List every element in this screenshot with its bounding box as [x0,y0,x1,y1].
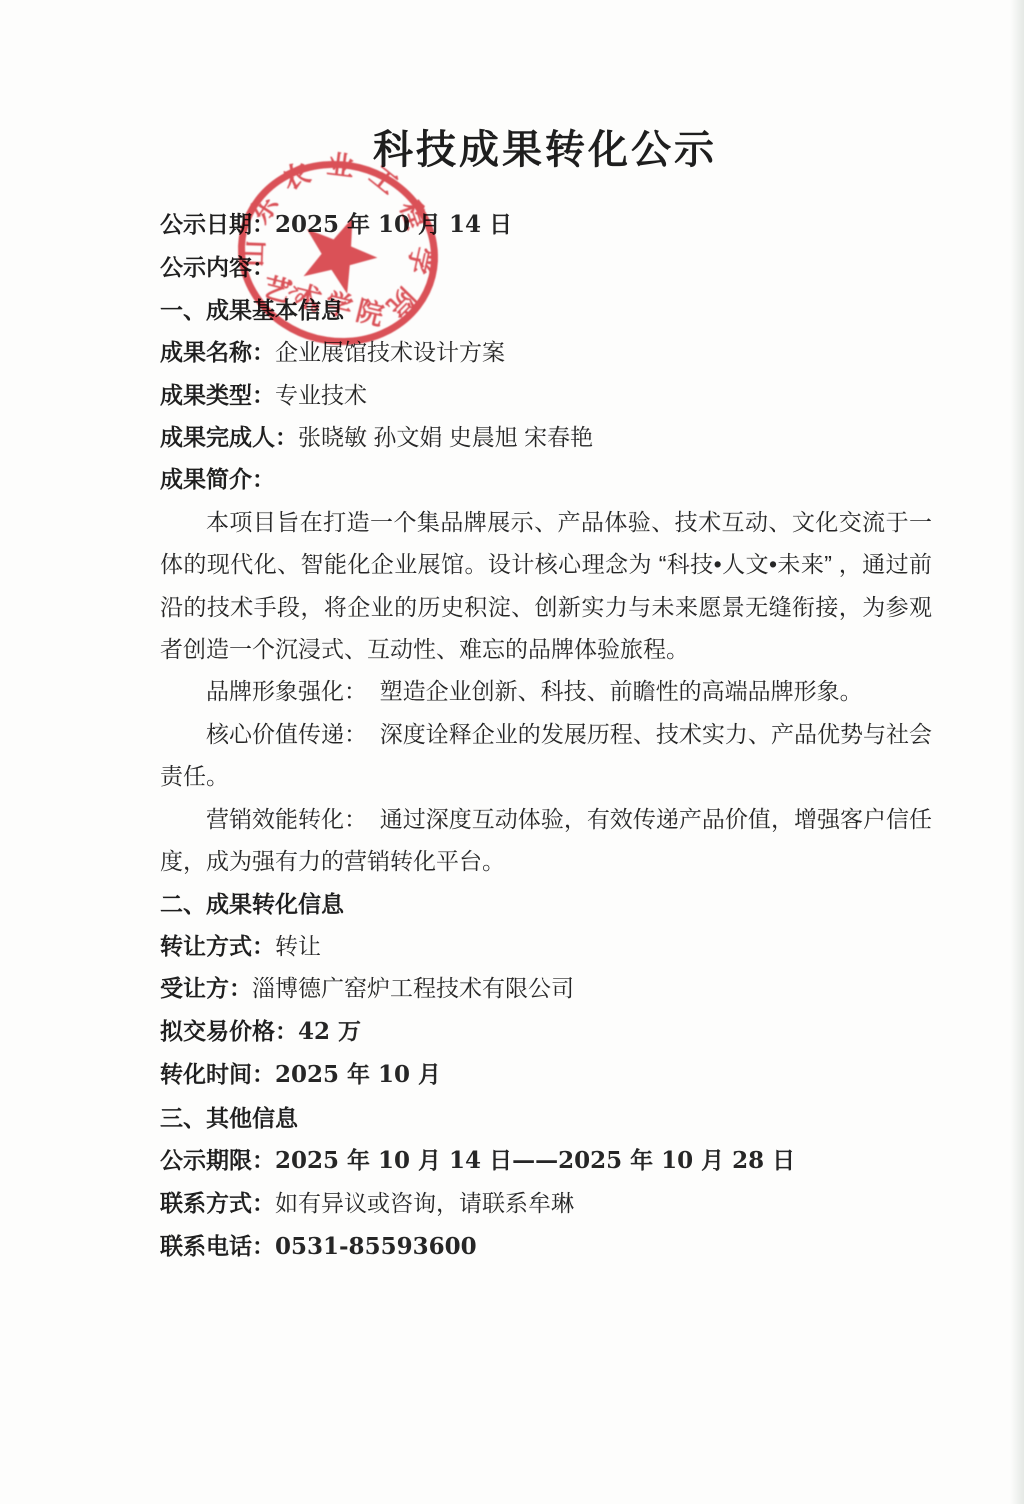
section2-heading: 二、成果转化信息 [160,883,932,925]
contact-label: 联系方式： [160,1190,275,1216]
doc-body: 公示日期：2025 年 10 月 14 日 公示内容： 一、成果基本信息 成果名… [160,203,932,1268]
bullet-value: 核心价值传递：深度诠释企业的发展历程、技术实力、产品优势与社会责任。 [160,713,932,798]
bullet-brand-label: 品牌形象强化： [206,678,367,704]
price-value: 42 万 [298,1018,361,1045]
result-authors-row: 成果完成人：张晓敏 孙文娟 史晨旭 宋春艳 [160,416,932,458]
bullet-marketing: 营销效能转化：通过深度互动体验，有效传递产品价值，增强客户信任度，成为强有力的营… [160,798,932,883]
result-type-label: 成果类型： [160,382,275,408]
doc-title: 科技成果转化公示 [160,118,930,175]
bullet-value-label: 核心价值传递： [206,721,367,747]
contact-value: 如有异议或咨询，请联系牟琳 [275,1190,574,1216]
assignee-value: 淄博德广窑炉工程技术有限公司 [252,975,574,1001]
content-label-row: 公示内容： [160,246,932,288]
assignee-label: 受让方： [160,975,252,1001]
intro-paragraph: 本项目旨在打造一个集品牌展示、产品体验、技术互动、文化交流于一体的现代化、智能化… [160,501,932,671]
result-type-row: 成果类型：专业技术 [160,374,932,416]
result-type-value: 专业技术 [275,382,367,408]
publish-date-label: 公示日期： [160,211,275,237]
contact-row: 联系方式：如有异议或咨询，请联系牟琳 [160,1182,932,1224]
phone-label: 联系电话： [160,1233,275,1259]
phone-value: 0531-85593600 [275,1233,477,1260]
result-authors-value: 张晓敏 孙文娟 史晨旭 宋春艳 [298,424,593,450]
transform-time-value: 2025 年 10 月 [275,1061,441,1088]
publish-date-value: 2025 年 10 月 14 日 [275,211,512,238]
notice-period-label: 公示期限： [160,1147,275,1173]
result-authors-label: 成果完成人： [160,424,298,450]
result-name-value: 企业展馆技术设计方案 [275,339,505,365]
transform-time-row: 转化时间：2025 年 10 月 [160,1053,932,1096]
bullet-brand: 品牌形象强化：塑造企业创新、科技、前瞻性的高端品牌形象。 [160,670,932,712]
intro-label-row: 成果简介： [160,458,932,500]
result-name-row: 成果名称：企业展馆技术设计方案 [160,331,932,373]
assignee-row: 受让方：淄博德广窑炉工程技术有限公司 [160,967,932,1009]
section3-heading: 三、其他信息 [160,1097,932,1139]
phone-row: 联系电话：0531-85593600 [160,1225,932,1268]
scanned-notice-page: 科技成果转化公示 公示日期：2025 年 10 月 14 日 公示内容： 一、成… [0,0,1024,1504]
scan-edge-shadow [1010,0,1024,1504]
price-label: 拟交易价格： [160,1018,298,1044]
transfer-method-label: 转让方式： [160,933,275,959]
result-name-label: 成果名称： [160,339,275,365]
transform-time-label: 转化时间： [160,1061,275,1087]
transfer-method-row: 转让方式：转让 [160,925,932,967]
intro-label: 成果简介： [160,466,275,492]
bullet-marketing-label: 营销效能转化： [206,806,367,832]
price-row: 拟交易价格：42 万 [160,1010,932,1053]
publish-date-row: 公示日期：2025 年 10 月 14 日 [160,203,932,246]
section1-heading: 一、成果基本信息 [160,289,932,331]
notice-period-row: 公示期限：2025 年 10 月 14 日——2025 年 10 月 28 日 [160,1139,932,1182]
content-label: 公示内容： [160,254,275,280]
transfer-method-value: 转让 [275,933,321,959]
bullet-brand-text: 塑造企业创新、科技、前瞻性的高端品牌形象。 [380,678,863,704]
notice-period-value: 2025 年 10 月 14 日——2025 年 10 月 28 日 [275,1147,795,1174]
